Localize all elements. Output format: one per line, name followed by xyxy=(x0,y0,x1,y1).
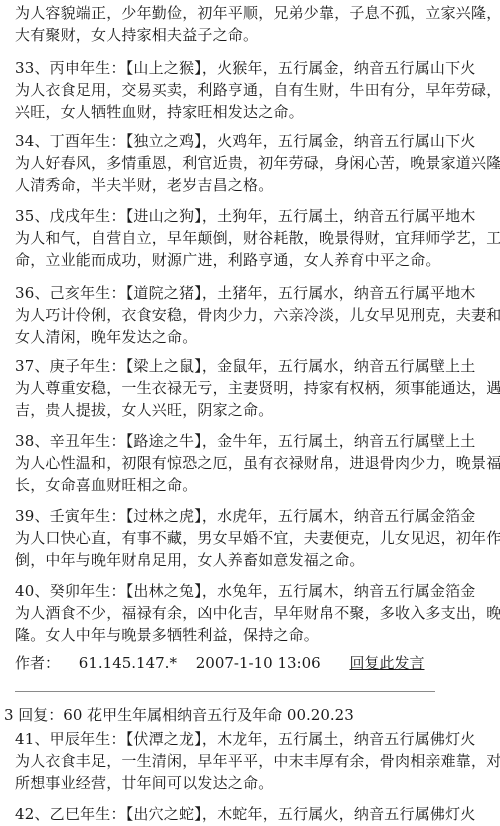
text-line: 为人和气，自营自立，早年颠倒，财谷耗散，晚景得财，宜拜师学艺，工夫之 xyxy=(15,227,497,249)
entry-heading: 40、癸卯年生：【出林之兔】，水兔年，五行属木，纳音五行属金箔金 xyxy=(15,580,497,602)
text-line: 为人心性温和，初限有惊恐之厄，虽有衣禄财帛，进退骨肉少力，晚景福寿延 xyxy=(15,452,497,474)
text-line: 为人尊重安稳，一生衣禄无亏，主妻贤明，持家有权柄，须事能通达，遇凶化 xyxy=(15,377,497,399)
text-line: 女人清闲，晚年发达之命。 xyxy=(15,326,497,348)
entry-heading: 38、辛丑年生：【路途之牛】，金牛年，五行属土，纳音五行属壁上土 xyxy=(15,430,497,452)
text-line: 吉，贵人提拔，女人兴旺，阴家之命。 xyxy=(15,399,497,421)
post-datetime: 2007-1-10 13:06 xyxy=(196,654,321,672)
entry-36: 36、己亥年生：【道院之猪】，土猪年，五行属水，纳音五行属平地木 为人巧计伶俐，… xyxy=(15,282,497,348)
divider xyxy=(15,691,435,692)
text-line: 为人容貌端正，少年勤俭，初年平顺，兄弟少靠，子息不孤，立家兴隆，晚年 xyxy=(15,2,497,24)
text-line: 为人好春风，多情重恩，利官近贵，初年劳碌，身闲心苦，晚景家道兴隆，女 xyxy=(15,152,497,174)
entry-41: 41、甲辰年生：【伏潭之龙】，木龙年，五行属土，纳音五行属佛灯火 为人衣食丰足，… xyxy=(15,728,497,794)
text-line: 为人巧计伶俐，衣食安稳，骨肉少力，六亲冷淡，儿女早见刑克，夫妻和顺， xyxy=(15,304,497,326)
entry-heading: 36、己亥年生：【道院之猪】，土猪年，五行属水，纳音五行属平地木 xyxy=(15,282,497,304)
entry-38: 38、辛丑年生：【路途之牛】，金牛年，五行属土，纳音五行属壁上土 为人心性温和，… xyxy=(15,430,497,496)
reply-title: 3 回复：60 花甲生年属相纳音五行及年命 00.20.23 xyxy=(4,704,354,726)
entry-heading: 35、戊戌年生：【进山之狗】，土狗年，五行属土，纳音五行属平地木 xyxy=(15,205,497,227)
entry-heading: 42、乙巳年生：【出穴之蛇】，木蛇年，五行属火，纳音五行属佛灯火 xyxy=(15,803,497,825)
entry-34: 34、丁酉年生：【独立之鸡】，火鸡年，五行属金，纳音五行属山下火 为人好春风，多… xyxy=(15,130,497,196)
text-line: 兴旺，女人牺牲血财，持家旺相发达之命。 xyxy=(15,101,497,123)
text-line: 所想事业经营，廿年间可以发达之命。 xyxy=(15,772,497,794)
text-line: 为人口快心直，有事不藏，男女早婚不宜，夫妻便克，儿女见迟，初年作事颠 xyxy=(15,527,497,549)
entry-37: 37、庚子年生：【梁上之鼠】，金鼠年，五行属水，纳音五行属壁上土 为人尊重安稳，… xyxy=(15,355,497,421)
entry-heading: 34、丁酉年生：【独立之鸡】，火鸡年，五行属金，纳音五行属山下火 xyxy=(15,130,497,152)
text-line: 倒，中年与晚年财帛足用，女人养畜如意发福之命。 xyxy=(15,549,497,571)
entry-33: 33、丙申年生：【山上之猴】，火猴年，五行属金，纳音五行属山下火 为人衣食足用，… xyxy=(15,57,497,123)
entry-40: 40、癸卯年生：【出林之兔】，水兔年，五行属木，纳音五行属金箔金 为人酒食不少，… xyxy=(15,580,497,646)
entry-35: 35、戊戌年生：【进山之狗】，土狗年，五行属土，纳音五行属平地木 为人和气，自营… xyxy=(15,205,497,271)
text-line: 长，女命喜血财旺相之命。 xyxy=(15,474,497,496)
entry-39: 39、壬寅年生：【过林之虎】，水虎年，五行属木，纳音五行属金箔金 为人口快心直，… xyxy=(15,505,497,571)
text-line: 为人衣食足用，交易买卖，利路亨通，自有生财，牛田有分，早年劳碌，晚景 xyxy=(15,79,497,101)
text-line: 隆。女人中年与晚景多牺牲利益，保持之命。 xyxy=(15,624,497,646)
entry-heading: 41、甲辰年生：【伏潭之龙】，木龙年，五行属土，纳音五行属佛灯火 xyxy=(15,728,497,750)
reply-to-post-link[interactable]: 回复此发言 xyxy=(349,654,424,672)
author-label: 作者： xyxy=(15,654,60,672)
post-meta: 作者： 61.145.147.* 2007-1-10 13:06 回复此发言 xyxy=(15,652,424,674)
text-line: 为人酒食不少，福禄有余，凶中化吉，早年财帛不聚，多收入多支出，晚景兴 xyxy=(15,602,497,624)
text-line: 人清秀命，半夫半财，老岁吉昌之格。 xyxy=(15,174,497,196)
entry-heading: 33、丙申年生：【山上之猴】，火猴年，五行属金，纳音五行属山下火 xyxy=(15,57,497,79)
text-line: 大有聚财，女人持家相夫益子之命。 xyxy=(15,24,497,46)
text-line: 为人衣食丰足，一生清闲，早年平平，中末丰厚有余，骨肉相亲难靠，对自己 xyxy=(15,750,497,772)
intro-paragraph: 为人容貌端正，少年勤俭，初年平顺，兄弟少靠，子息不孤，立家兴隆，晚年 大有聚财，… xyxy=(15,2,497,46)
entry-42: 42、乙巳年生：【出穴之蛇】，木蛇年，五行属火，纳音五行属佛灯火 xyxy=(15,803,497,825)
text-line: 命，立业能而成功，财源广进，利路亨通，女人养育中平之命。 xyxy=(15,249,497,271)
entry-heading: 39、壬寅年生：【过林之虎】，水虎年，五行属木，纳音五行属金箔金 xyxy=(15,505,497,527)
entry-heading: 37、庚子年生：【梁上之鼠】，金鼠年，五行属水，纳音五行属壁上土 xyxy=(15,355,497,377)
author-ip: 61.145.147.* xyxy=(79,654,177,672)
